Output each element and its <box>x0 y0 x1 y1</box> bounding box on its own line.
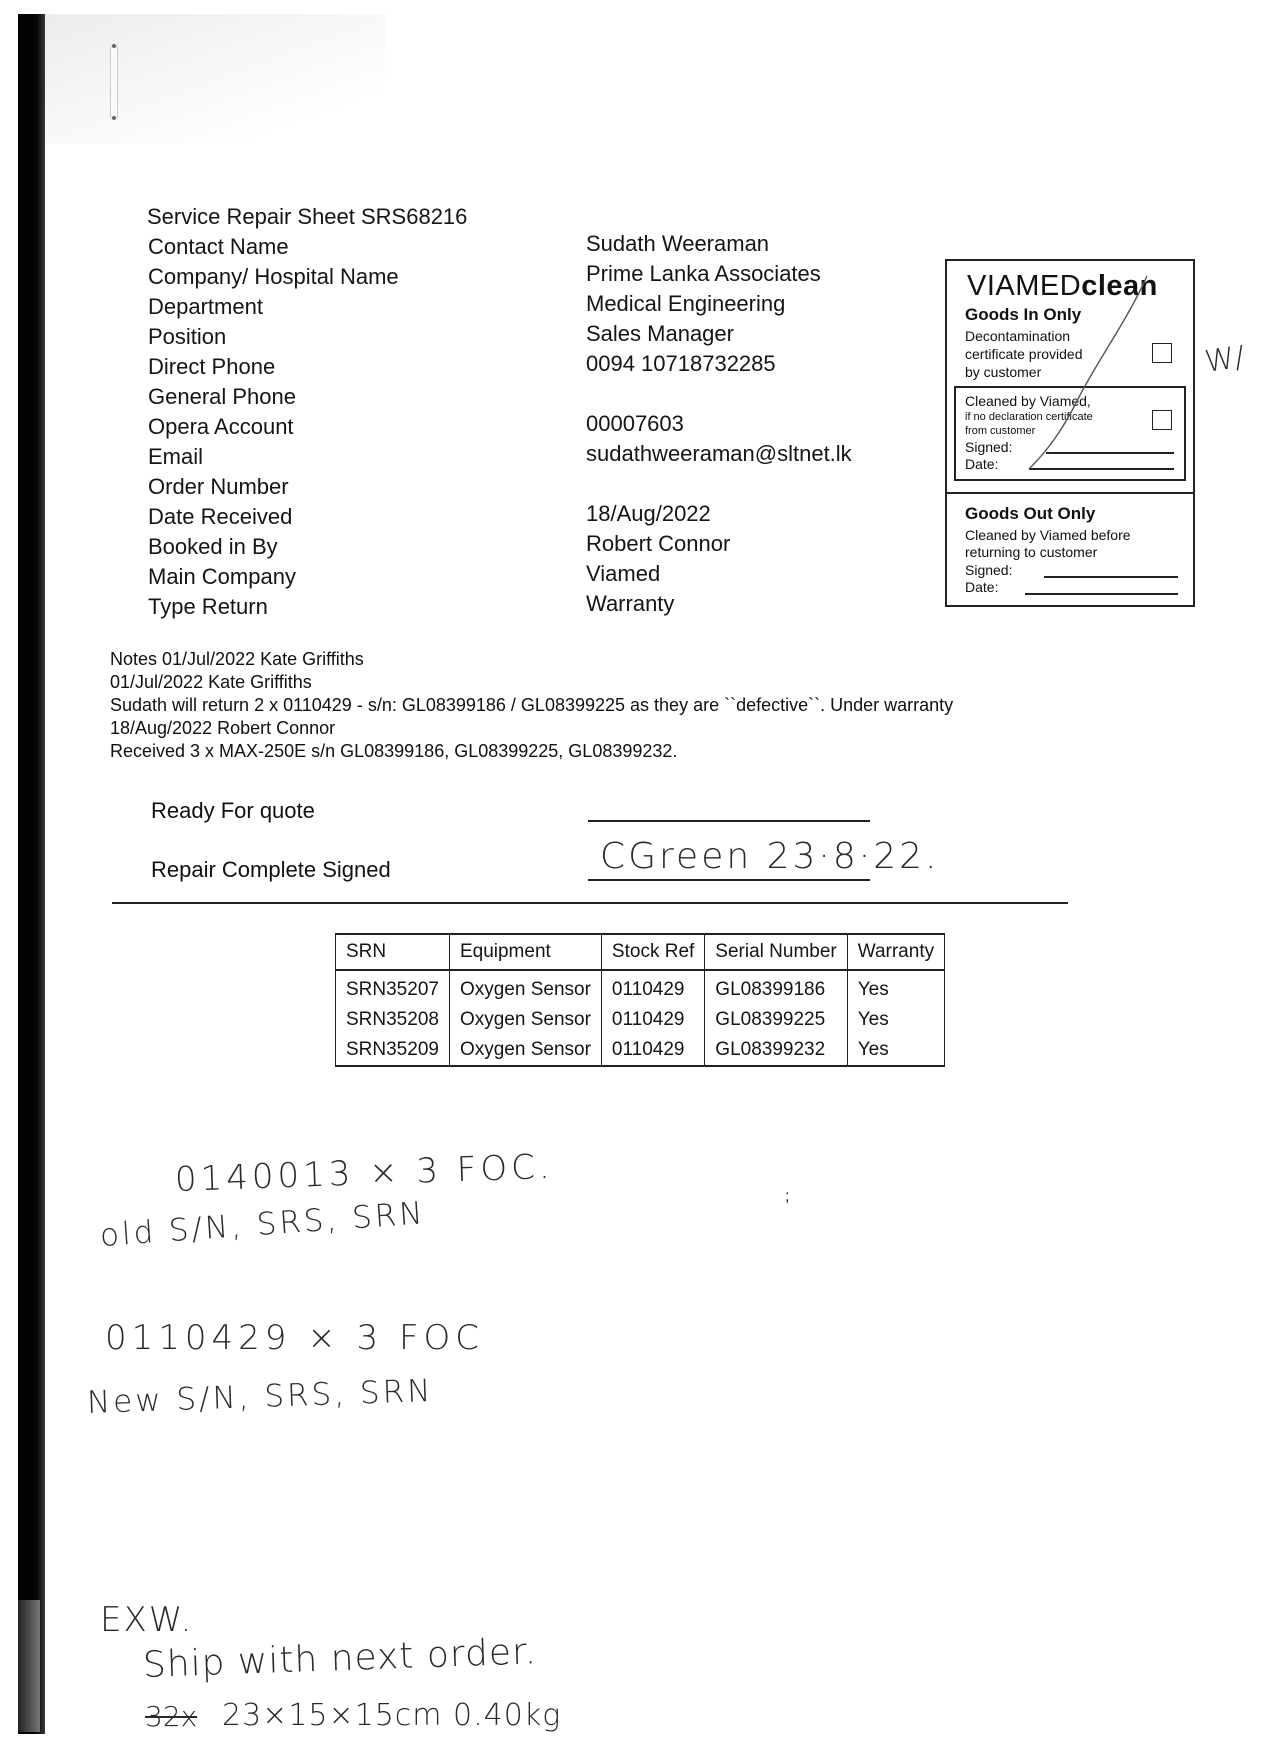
cell-srn: SRN35207 <box>336 970 450 1005</box>
cell-warranty: Yes <box>847 970 944 1005</box>
goods-out-signed-line[interactable] <box>1044 576 1178 578</box>
margin-initials: W/ <box>1203 340 1247 380</box>
cell-srn: SRN35208 <box>336 1005 450 1035</box>
field-label-email: Email <box>148 442 203 472</box>
table-row: SRN35209 Oxygen Sensor 0110429 GL0839923… <box>336 1035 945 1066</box>
field-value-opera-account: 00007603 <box>586 409 684 439</box>
ready-for-quote-line[interactable] <box>588 820 870 822</box>
field-value-contact-name: Sudath Weeraman <box>586 229 769 259</box>
goods-out-text-2: returning to customer <box>965 543 1097 561</box>
note-line-1: Notes 01/Jul/2022 Kate Griffiths <box>110 648 953 671</box>
cell-stock-ref: 0110429 <box>601 970 704 1005</box>
repair-complete-label: Repair Complete Signed <box>151 857 391 883</box>
sheet-title: Service Repair Sheet SRS68216 <box>147 202 467 232</box>
note-line-4: 18/Aug/2022 Robert Connor <box>110 717 953 740</box>
cell-serial-number: GL08399232 <box>705 1035 847 1066</box>
handwritten-exw: EXW. <box>100 1600 193 1640</box>
scan-shadow <box>45 14 385 144</box>
cell-equipment: Oxygen Sensor <box>449 970 601 1005</box>
ready-for-quote-label: Ready For quote <box>151 798 315 824</box>
goods-out-signed-label: Signed: <box>965 561 1012 579</box>
handwritten-struck-text: 32x <box>145 1700 197 1733</box>
scan-edge <box>18 14 45 1734</box>
field-label-position: Position <box>148 322 226 352</box>
stamp-divider <box>947 492 1193 494</box>
cell-equipment: Oxygen Sensor <box>449 1035 601 1066</box>
field-label-opera-account: Opera Account <box>148 412 294 442</box>
field-label-department: Department <box>148 292 263 322</box>
scan-edge-bottom <box>18 1600 40 1732</box>
handwritten-new-sn-line: New S/N, SRS, SRN <box>86 1373 434 1421</box>
cell-serial-number: GL08399225 <box>705 1005 847 1035</box>
field-value-position: Sales Manager <box>586 319 734 349</box>
handwritten-dimensions-weight: 23×15×15cm 0.40kg <box>222 1698 561 1733</box>
repair-complete-line[interactable] <box>588 879 870 881</box>
goods-in-signed-label: Signed: <box>965 438 1012 456</box>
field-value-booked-in-by: Robert Connor <box>586 529 730 559</box>
table-header-row: SRN Equipment Stock Ref Serial Number Wa… <box>336 934 945 970</box>
staple-mark <box>110 45 118 119</box>
cell-warranty: Yes <box>847 1035 944 1066</box>
field-label-booked-in-by: Booked in By <box>148 532 278 562</box>
goods-out-text-1: Cleaned by Viamed before <box>965 526 1131 544</box>
col-serial-number: Serial Number <box>705 934 847 970</box>
pen-stroke-across-stamp <box>1017 271 1157 471</box>
field-value-company: Prime Lanka Associates <box>586 259 821 289</box>
field-value-main-company: Viamed <box>586 559 660 589</box>
col-srn: SRN <box>336 934 450 970</box>
ink-mark: ; <box>785 1188 789 1206</box>
repair-complete-signature: CGreen 23·8·22. <box>600 836 939 877</box>
notes-section: Notes 01/Jul/2022 Kate Griffiths 01/Jul/… <box>110 648 953 763</box>
cell-warranty: Yes <box>847 1005 944 1035</box>
field-value-email: sudathweeraman@sltnet.lk <box>586 439 852 469</box>
handwritten-old-part-line: 0140013 × 3 FOC. <box>174 1147 554 1200</box>
handwritten-ship-note: Ship with next order. <box>142 1631 537 1686</box>
goods-out-heading: Goods Out Only <box>965 504 1095 524</box>
field-label-direct-phone: Direct Phone <box>148 352 275 382</box>
col-stock-ref: Stock Ref <box>601 934 704 970</box>
handwritten-old-sn-line: old S/N, SRS, SRN <box>99 1195 427 1254</box>
field-label-date-received: Date Received <box>148 502 292 532</box>
field-label-main-company: Main Company <box>148 562 296 592</box>
cell-srn: SRN35209 <box>336 1035 450 1066</box>
field-label-general-phone: General Phone <box>148 382 296 412</box>
field-label-type-return: Type Return <box>148 592 268 622</box>
field-value-department: Medical Engineering <box>586 289 785 319</box>
goods-out-date-label: Date: <box>965 578 998 596</box>
viamed-clean-stamp: VIAMEDclean Goods In Only Decontaminatio… <box>945 259 1195 607</box>
field-value-date-received: 18/Aug/2022 <box>586 499 711 529</box>
handwritten-new-part-line: 0110429 × 3 FOC <box>105 1318 484 1358</box>
col-equipment: Equipment <box>449 934 601 970</box>
cell-serial-number: GL08399186 <box>705 970 847 1005</box>
col-warranty: Warranty <box>847 934 944 970</box>
srn-table: SRN Equipment Stock Ref Serial Number Wa… <box>335 933 945 1067</box>
table-row: SRN35207 Oxygen Sensor 0110429 GL0839918… <box>336 970 945 1005</box>
field-label-contact-name: Contact Name <box>148 232 289 262</box>
note-line-3: Sudath will return 2 x 0110429 - s/n: GL… <box>110 694 953 717</box>
section-divider <box>112 902 1068 904</box>
table-row: SRN35208 Oxygen Sensor 0110429 GL0839922… <box>336 1005 945 1035</box>
field-label-company: Company/ Hospital Name <box>148 262 399 292</box>
goods-out-date-line[interactable] <box>1025 593 1178 595</box>
goods-in-date-label: Date: <box>965 455 998 473</box>
field-label-order-number: Order Number <box>148 472 289 502</box>
note-line-2: 01/Jul/2022 Kate Griffiths <box>110 671 953 694</box>
cell-stock-ref: 0110429 <box>601 1005 704 1035</box>
cell-stock-ref: 0110429 <box>601 1035 704 1066</box>
note-line-5: Received 3 x MAX-250E s/n GL08399186, GL… <box>110 740 953 763</box>
cell-equipment: Oxygen Sensor <box>449 1005 601 1035</box>
field-value-direct-phone: 0094 10718732285 <box>586 349 776 379</box>
field-value-type-return: Warranty <box>586 589 674 619</box>
